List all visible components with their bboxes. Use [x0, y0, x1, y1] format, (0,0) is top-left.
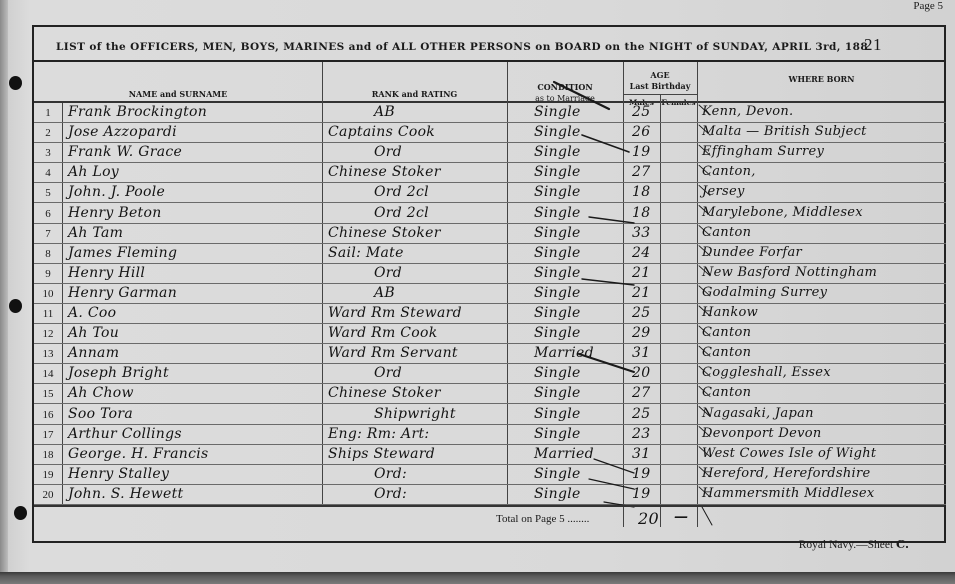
where-born: West Cowes Isle of Wight — [702, 446, 876, 461]
table-row: 2Jose AzzopardiCaptains CookSingle26Malt… — [34, 123, 946, 143]
where-born: Hankow — [702, 305, 758, 320]
header-name-label: NAME and SURNAME — [34, 89, 322, 99]
person-name: Ah Chow — [68, 385, 134, 401]
row-number: 19 — [34, 469, 62, 481]
age-male: 18 — [632, 184, 650, 200]
where-born: Canton, — [702, 164, 756, 179]
table-row: 15Ah ChowChinese StokerSingle27Canton — [34, 384, 946, 404]
where-born: Canton — [702, 225, 751, 240]
rank-rating: Ord 2cl — [374, 184, 429, 200]
table-row: 5John. J. PooleOrd 2clSingle18Jersey — [34, 183, 946, 203]
total-females: — — [674, 509, 688, 525]
marital-condition: Single — [534, 184, 581, 200]
table-row: 14Joseph BrightOrdSingle20Coggleshall, E… — [34, 364, 946, 384]
rank-rating: Chinese Stoker — [328, 385, 441, 401]
row-number: 1 — [34, 107, 62, 119]
total-divider — [34, 505, 944, 507]
rank-rating: Ord — [374, 265, 402, 281]
table-row: 11A. CooWard Rm StewardSingle25Hankow — [34, 304, 946, 324]
where-born: Malta — British Subject — [702, 124, 867, 139]
census-table: LIST of the OFFICERS, MEN, BOYS, MARINES… — [32, 25, 946, 543]
table-row: 18George. H. FrancisShips StewardMarried… — [34, 445, 946, 465]
where-born: Canton — [702, 325, 751, 340]
person-name: Frank Brockington — [68, 104, 207, 120]
person-name: Henry Beton — [68, 205, 162, 221]
marital-condition: Single — [534, 104, 581, 120]
person-name: Henry Stalley — [68, 466, 169, 482]
marital-condition: Single — [534, 124, 581, 140]
punch-hole — [9, 76, 22, 90]
age-male: 25 — [632, 305, 650, 321]
person-name: George. H. Francis — [68, 446, 209, 462]
table-row: 12Ah TouWard Rm CookSingle29Canton — [34, 324, 946, 344]
rank-rating: AB — [374, 285, 395, 301]
table-row: 6Henry BetonOrd 2clSingle18Marylebone, M… — [34, 204, 946, 224]
age-male: 24 — [632, 245, 650, 261]
header-rank-label: RANK and RATING — [322, 89, 507, 99]
page-bottom-edge — [0, 572, 955, 584]
total-males: 20 — [638, 509, 659, 528]
where-born: Effingham Surrey — [702, 144, 824, 159]
person-name: Jose Azzopardi — [68, 124, 177, 140]
rank-rating: Chinese Stoker — [328, 225, 441, 241]
age-male: 19 — [632, 486, 650, 502]
where-born: Jersey — [702, 184, 745, 199]
table-row: 4Ah LoyChinese StokerSingle27Canton, — [34, 163, 946, 183]
page-number: Page 5 — [913, 0, 943, 12]
row-number: 7 — [34, 228, 62, 240]
person-name: Henry Garman — [68, 285, 177, 301]
person-name: John. S. Hewett — [68, 486, 183, 502]
where-born: Canton — [702, 385, 751, 400]
row-number: 6 — [34, 208, 62, 220]
age-male: 19 — [632, 466, 650, 482]
rank-rating: Shipwright — [374, 406, 456, 422]
header-where-born-label: WHERE BORN — [697, 74, 946, 84]
page-title: LIST of the OFFICERS, MEN, BOYS, MARINES… — [34, 27, 944, 62]
footer-text: Royal Navy.—Sheet — [799, 539, 893, 551]
age-male: 27 — [632, 164, 650, 180]
row-number: 9 — [34, 268, 62, 280]
rank-rating: Eng: Rm: Art: — [328, 426, 429, 442]
person-name: Joseph Bright — [68, 365, 169, 381]
age-male: 33 — [632, 225, 650, 241]
header-condition-label: CONDITION — [507, 82, 623, 92]
table-row: 8James FlemingSail: MateSingle24Dundee F… — [34, 244, 946, 264]
rank-rating: Ward Rm Steward — [328, 305, 462, 321]
age-male: 25 — [632, 104, 650, 120]
age-male: 21 — [632, 285, 650, 301]
row-number: 5 — [34, 187, 62, 199]
rank-rating: Ships Steward — [328, 446, 435, 462]
where-born: Dundee Forfar — [702, 245, 802, 260]
table-row: 7Ah TamChinese StokerSingle33Canton — [34, 224, 946, 244]
rank-rating: Ord: — [374, 466, 407, 482]
marital-condition: Single — [534, 385, 581, 401]
row-number: 8 — [34, 248, 62, 260]
marital-condition: Single — [534, 285, 581, 301]
row-number: 11 — [34, 308, 62, 320]
row-number: 16 — [34, 409, 62, 421]
rank-rating: Ward Rm Cook — [328, 325, 438, 341]
header-age-sublabel: Last Birthday — [623, 81, 697, 91]
rank-rating: Ward Rm Servant — [328, 345, 458, 361]
age-male: 31 — [632, 446, 650, 462]
person-name: John. J. Poole — [68, 184, 165, 200]
where-born: Devonport Devon — [702, 426, 822, 441]
age-male: 27 — [632, 385, 650, 401]
table-row: 10Henry GarmanABSingle21Godalming Surrey — [34, 284, 946, 304]
where-born: Godalming Surrey — [702, 285, 827, 300]
age-male: 23 — [632, 426, 650, 442]
row-number: 15 — [34, 388, 62, 400]
age-male: 18 — [632, 205, 650, 221]
age-male: 19 — [632, 144, 650, 160]
header-age-label: AGE — [623, 70, 697, 80]
row-number: 2 — [34, 127, 62, 139]
row-number: 18 — [34, 449, 62, 461]
person-name: Ah Tou — [68, 325, 119, 341]
marital-condition: Single — [534, 365, 581, 381]
marital-condition: Single — [534, 325, 581, 341]
age-male: 29 — [632, 325, 650, 341]
table-row: 3Frank W. GraceOrdSingle19Effingham Surr… — [34, 143, 946, 163]
where-born: Kenn, Devon. — [702, 104, 793, 119]
rank-rating: Ord — [374, 144, 402, 160]
marital-condition: Single — [534, 486, 581, 502]
marital-condition: Single — [534, 245, 581, 261]
age-male: 26 — [632, 124, 650, 140]
row-number: 20 — [34, 489, 62, 501]
where-born: Nagasaki, Japan — [702, 406, 814, 421]
age-male: 31 — [632, 345, 650, 361]
marital-condition: Single — [534, 164, 581, 180]
punch-hole — [14, 506, 27, 520]
where-born: Hammersmith Middlesex — [702, 486, 875, 501]
table-row: 20John. S. HewettOrd:Single19Hammersmith… — [34, 485, 946, 505]
table-row: 1Frank BrockingtonABSingle25Kenn, Devon. — [34, 103, 946, 123]
person-name: Soo Tora — [68, 406, 133, 422]
person-name: Ah Loy — [68, 164, 119, 180]
row-number: 12 — [34, 328, 62, 340]
rank-rating: Ord 2cl — [374, 205, 429, 221]
marital-condition: Single — [534, 265, 581, 281]
row-number: 17 — [34, 429, 62, 441]
person-name: Annam — [68, 345, 119, 361]
where-born: Coggleshall, Essex — [702, 365, 831, 380]
title-year-overwrite: 21 — [864, 35, 882, 54]
total-label: Total on Page 5 ........ — [496, 513, 589, 525]
marital-condition: Single — [534, 426, 581, 442]
punch-hole — [9, 299, 22, 313]
person-name: James Fleming — [68, 245, 177, 261]
marital-condition: Single — [534, 205, 581, 221]
where-born: New Basford Nottingham — [702, 265, 877, 280]
sheet-footer: Royal Navy.—Sheet C. — [799, 537, 909, 551]
where-born: Canton — [702, 345, 751, 360]
table-row: 9Henry HillOrdSingle21New Basford Nottin… — [34, 264, 946, 284]
row-number: 4 — [34, 167, 62, 179]
where-born: Hereford, Herefordshire — [702, 466, 871, 481]
rank-rating: Sail: Mate — [328, 245, 404, 261]
person-name: A. Coo — [68, 305, 116, 321]
rank-rating: Ord: — [374, 486, 407, 502]
person-name: Frank W. Grace — [68, 144, 182, 160]
age-male: 21 — [632, 265, 650, 281]
row-number: 3 — [34, 147, 62, 159]
rank-rating: Captains Cook — [328, 124, 435, 140]
rank-rating: Ord — [374, 365, 402, 381]
page-left-edge — [0, 0, 8, 572]
marital-condition: Single — [534, 466, 581, 482]
footer-sheet: C. — [896, 537, 909, 551]
row-number: 13 — [34, 348, 62, 360]
where-born: Marylebone, Middlesex — [702, 205, 863, 220]
age-male: 25 — [632, 406, 650, 422]
person-name: Henry Hill — [68, 265, 145, 281]
rank-rating: AB — [374, 104, 395, 120]
table-row: 17Arthur CollingsEng: Rm: Art:Single23De… — [34, 425, 946, 445]
row-number: 10 — [34, 288, 62, 300]
age-male: 20 — [632, 365, 650, 381]
table-row: 16Soo ToraShipwrightSingle25Nagasaki, Ja… — [34, 405, 946, 425]
title-text: LIST of the OFFICERS, MEN, BOYS, MARINES… — [56, 41, 868, 53]
table-row: 13AnnamWard Rm ServantMarried31Canton — [34, 344, 946, 364]
table-row: 19Henry StalleyOrd:Single19Hereford, Her… — [34, 465, 946, 485]
marital-condition: Married — [534, 446, 594, 462]
marital-condition: Single — [534, 144, 581, 160]
marital-condition: Single — [534, 225, 581, 241]
row-number: 14 — [34, 368, 62, 380]
person-name: Ah Tam — [68, 225, 123, 241]
rank-rating: Chinese Stoker — [328, 164, 441, 180]
marital-condition: Single — [534, 305, 581, 321]
marital-condition: Single — [534, 406, 581, 422]
marital-condition: Married — [534, 345, 594, 361]
person-name: Arthur Collings — [68, 426, 182, 442]
